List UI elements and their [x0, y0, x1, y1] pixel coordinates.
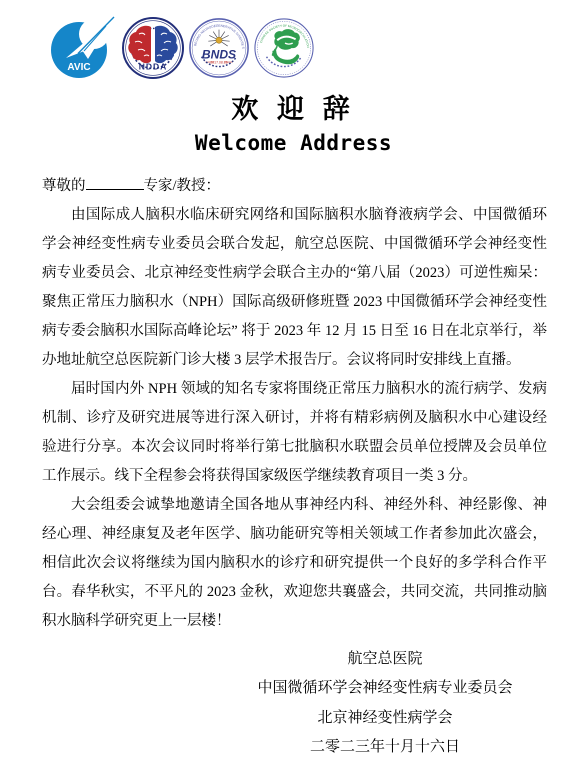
- page-title-chinese: 欢 迎 辞: [0, 93, 587, 127]
- avic-logo-icon: AVIC: [48, 14, 118, 82]
- salutation-line: 尊敬的________专家/教授：: [42, 172, 547, 201]
- signature-block: 航空总医院 中国微循环学会神经变性病专业委员会 北京神经变性病学会 二零二三年十…: [235, 645, 535, 757]
- signature-line-society: 北京神经变性病学会: [235, 704, 535, 734]
- page-title-english: Welcome Address: [0, 131, 587, 155]
- signature-line-hospital: 航空总医院: [235, 645, 535, 675]
- bnds-logo-icon: BEIJING NEURODEGENERATIVE DISEASE SOCIET…: [188, 17, 250, 79]
- paragraph-event-announcement: 由国际成人脑积水临床研究网络和国际脑积水脑脊液病学会、中国微循环学会神经变性病专…: [42, 201, 547, 375]
- letter-body: 尊敬的________专家/教授： 由国际成人脑积水临床研究网络和国际脑积水脑脊…: [42, 172, 547, 636]
- paragraph-program-details: 届时国内外 NPH 领域的知名专家将围绕正常压力脑积水的流行病学、发病机制、诊疗…: [42, 375, 547, 491]
- signature-line-committee: 中国微循环学会神经变性病专业委员会: [235, 674, 535, 704]
- salutation-prefix: 尊敬的: [42, 178, 86, 194]
- logos-row: AVIC NDDA BEIJING NEURODEGENERATIVE DISE…: [48, 15, 587, 81]
- bnds-date: 2017.08.26: [210, 61, 227, 65]
- salutation-suffix: 专家/教授：: [144, 178, 221, 194]
- welcome-letter-page: AVIC NDDA BEIJING NEURODEGENERATIVE DISE…: [0, 0, 587, 757]
- avic-logo-label: AVIC: [67, 62, 90, 73]
- signature-date: 二零二三年十月十六日: [235, 733, 535, 757]
- ndda-logo-icon: NDDA: [121, 16, 185, 80]
- paragraph-invitation: 大会组委会诚挚地邀请全国各地从事神经内科、神经外科、神经影像、神经心理、神经康复…: [42, 491, 547, 636]
- microcirculation-logo-icon: CHINESE SOCIETY OF MICROCIRCULATION: [253, 17, 315, 79]
- ndda-logo-label: NDDA: [139, 62, 168, 72]
- salutation-blank-line: ________: [86, 175, 144, 190]
